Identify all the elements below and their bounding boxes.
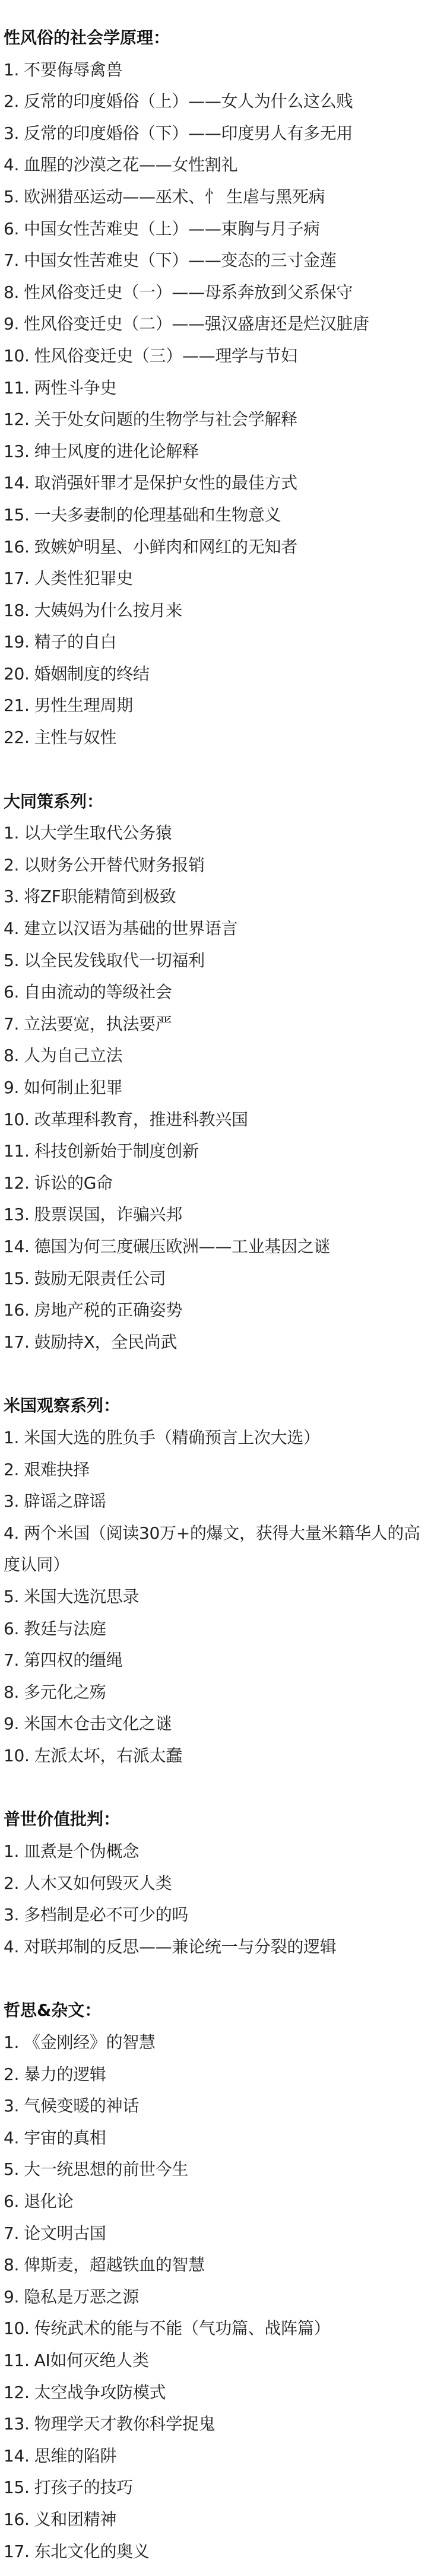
item-title: AI如何灭绝人类 <box>34 2351 149 2370</box>
list-item[interactable]: 19.精子的自白 <box>4 626 427 658</box>
item-number: 15. <box>4 2477 30 2497</box>
item-title: 东北文化的奥义 <box>34 2542 150 2561</box>
item-title: 辟谣之辟谣 <box>24 1491 106 1511</box>
list-item[interactable]: 13.股票误国，诈骗兴邦 <box>4 1199 427 1231</box>
list-item[interactable]: 14.取消强奸罪才是保护女性的最佳方式 <box>4 467 427 499</box>
item-number: 13. <box>4 1205 30 1224</box>
item-number: 7. <box>4 250 19 270</box>
list-item[interactable]: 1.不要侮辱禽兽 <box>4 54 427 86</box>
item-number: 5. <box>4 951 19 970</box>
list-item[interactable]: 10.左派太坏，右派太蠢 <box>4 1740 427 1772</box>
item-title: 如何制止犯罪 <box>24 1078 122 1097</box>
item-title: 大一统思想的前世今生 <box>24 2159 188 2179</box>
item-title: 人木又如何毁灭人类 <box>24 1873 172 1893</box>
item-title: 自由流动的等级社会 <box>24 982 172 1002</box>
list-item[interactable]: 13.物理学天才教你科学捉鬼 <box>4 2408 427 2440</box>
item-title: 股票误国，诈骗兴邦 <box>34 1205 182 1224</box>
list-item[interactable]: 3.反常的印度婚俗（下）——印度男人有多无用 <box>4 117 427 150</box>
item-number: 2. <box>4 2064 19 2084</box>
item-number: 10. <box>4 1110 30 1129</box>
item-title: 科技创新始于制度创新 <box>34 1141 199 1161</box>
list-item[interactable]: 17.人类性犯罪史 <box>4 563 427 595</box>
item-number: 1. <box>4 823 19 843</box>
list-item[interactable]: 9.隐私是万恶之源 <box>4 2281 427 2313</box>
item-number: 6. <box>4 982 19 1002</box>
item-number: 14. <box>4 473 30 493</box>
list-item[interactable]: 3.将ZF职能精简到极致 <box>4 881 427 913</box>
item-number: 16. <box>4 2510 30 2529</box>
item-number: 1. <box>4 60 19 80</box>
list-item[interactable]: 4.血腥的沙漠之花——女性割礼 <box>4 149 427 181</box>
item-title: 一夫多妻制的伦理基础和生物意义 <box>34 505 281 525</box>
item-title: 婚姻制度的终结 <box>34 664 150 684</box>
item-title: 皿煮是个伪概念 <box>24 1841 139 1861</box>
item-title: 左派太坏，右派太蠢 <box>34 1746 182 1765</box>
list-item[interactable]: 6.中国女性苦难史（上）——束胸与月子病 <box>4 213 427 245</box>
item-title: 《金刚经》的智慧 <box>24 2032 156 2052</box>
item-number: 15. <box>4 505 30 525</box>
item-number: 4. <box>4 1937 19 1956</box>
list-item[interactable]: 14.思维的陷阱 <box>4 2440 427 2472</box>
list-item[interactable]: 16.义和团精神 <box>4 2504 427 2536</box>
item-title: 主性与奴性 <box>34 728 117 747</box>
list-item[interactable]: 4.两个米国（阅读30万+的爆文，获得大量米籍华人的高度认同） <box>4 1517 427 1581</box>
item-title: 德国为何三度碾压欧洲——工业基因之谜 <box>34 1237 331 1256</box>
item-number: 9. <box>4 314 19 333</box>
item-number: 18. <box>4 601 30 620</box>
item-title: 以财务公开替代财务报销 <box>24 855 205 875</box>
item-number: 7. <box>4 2224 19 2243</box>
list-item[interactable]: 12.太空战争攻防模式 <box>4 2377 427 2409</box>
item-title: 打孩子的技巧 <box>34 2477 133 2497</box>
list-item[interactable]: 17.东北文化的奥义 <box>4 2536 427 2568</box>
list-item[interactable]: 5.大一统思想的前世今生 <box>4 2153 427 2186</box>
section-title: 性风俗的社会学原理： <box>4 22 427 54</box>
list-item[interactable]: 2.暴力的逻辑 <box>4 2059 427 2091</box>
item-title: 隐私是万恶之源 <box>24 2287 139 2307</box>
item-number: 5. <box>4 2159 19 2179</box>
item-number: 4. <box>4 1523 19 1543</box>
section-0: 性风俗的社会学原理：1.不要侮辱禽兽2.反常的印度婚俗（上）——女人为什么这么贱… <box>4 22 427 754</box>
item-number: 1. <box>4 1428 19 1447</box>
list-item[interactable]: 7.第四权的缰绳 <box>4 1644 427 1676</box>
item-title: 中国女性苦难史（上）——束胸与月子病 <box>24 219 320 239</box>
list-item[interactable]: 15.鼓励无限责任公司 <box>4 1263 427 1295</box>
item-title: 人类性犯罪史 <box>34 568 133 588</box>
article-list-page: 性风俗的社会学原理：1.不要侮辱禽兽2.反常的印度婚俗（上）——女人为什么这么贱… <box>0 0 431 2567</box>
item-number: 7. <box>4 1014 19 1034</box>
item-number: 3. <box>4 2096 19 2116</box>
item-number: 6. <box>4 219 19 239</box>
item-number: 13. <box>4 2414 30 2434</box>
item-number: 4. <box>4 919 19 938</box>
item-number: 8. <box>4 2255 19 2275</box>
item-number: 19. <box>4 632 30 652</box>
item-title: 教廷与法庭 <box>24 1619 106 1638</box>
list-item[interactable]: 9.性风俗变迁史（二）——强汉盛唐还是烂汉脏唐 <box>4 308 427 340</box>
list-item[interactable]: 2.艰难抉择 <box>4 1454 427 1486</box>
item-number: 11. <box>4 1141 30 1161</box>
list-item[interactable]: 2.反常的印度婚俗（上）——女人为什么这么贱 <box>4 85 427 117</box>
item-number: 13. <box>4 441 30 461</box>
item-title: 致嫉妒明星、小鲜肉和网红的无知者 <box>34 537 297 557</box>
item-number: 5. <box>4 187 19 207</box>
item-number: 9. <box>4 1714 19 1733</box>
section-title: 米国观察系列： <box>4 1390 427 1422</box>
list-item[interactable]: 10.改革理科教育，推进科教兴国 <box>4 1104 427 1136</box>
item-title: 立法要宽，执法要严 <box>24 1014 172 1034</box>
item-number: 22. <box>4 728 30 747</box>
section-title: 哲思&杂文： <box>4 1994 427 2027</box>
item-title: 不要侮辱禽兽 <box>24 60 122 80</box>
item-title: 血腥的沙漠之花——女性割礼 <box>24 155 237 174</box>
item-number: 4. <box>4 155 19 174</box>
item-number: 3. <box>4 123 19 143</box>
list-item[interactable]: 2.以财务公开替代财务报销 <box>4 849 427 881</box>
list-item[interactable]: 15.一夫多妻制的伦理基础和生物意义 <box>4 499 427 531</box>
item-title: 论文明古国 <box>24 2224 106 2243</box>
item-title: 多档制是必不可少的吗 <box>24 1905 188 1924</box>
item-title: 米国大选的胜负手（精确预言上次大选） <box>24 1428 320 1447</box>
list-item[interactable]: 7.中国女性苦难史（下）——变态的三寸金莲 <box>4 244 427 277</box>
item-number: 2. <box>4 91 19 111</box>
item-number: 12. <box>4 409 30 429</box>
item-number: 17. <box>4 2542 30 2561</box>
section-title: 大同策系列： <box>4 786 427 818</box>
section-3: 普世价值批判：1.皿煮是个伪概念2.人木又如何毁灭人类3.多档制是必不可少的吗4… <box>4 1803 427 1962</box>
list-item[interactable]: 6.教廷与法庭 <box>4 1613 427 1645</box>
item-title: 暴力的逻辑 <box>24 2064 106 2084</box>
list-item[interactable]: 1.皿煮是个伪概念 <box>4 1835 427 1867</box>
item-title: 米国木仓击文化之谜 <box>24 1714 172 1733</box>
item-title: 绅士风度的进化论解释 <box>34 441 199 461</box>
item-title: 诉讼的G命 <box>34 1173 113 1193</box>
item-number: 2. <box>4 855 19 875</box>
item-title: 思维的陷阱 <box>34 2446 117 2466</box>
item-number: 14. <box>4 2446 30 2466</box>
section-4: 哲思&杂文：1.《金刚经》的智慧2.暴力的逻辑3.气候变暖的神话4.宇宙的真相5… <box>4 1994 427 2567</box>
item-number: 3. <box>4 887 19 906</box>
list-item[interactable]: 1.米国大选的胜负手（精确预言上次大选） <box>4 1422 427 1454</box>
item-number: 7. <box>4 1650 19 1670</box>
item-title: 以大学生取代公务猿 <box>24 823 172 843</box>
item-title: 两性斗争史 <box>34 378 117 398</box>
item-number: 5. <box>4 1587 19 1606</box>
list-item[interactable]: 4.宇宙的真相 <box>4 2122 427 2154</box>
list-item[interactable]: 4.对联邦制的反思——兼论统一与分裂的逻辑 <box>4 1931 427 1963</box>
item-number: 10. <box>4 1746 30 1765</box>
item-title: 退化论 <box>24 2191 73 2211</box>
item-title: 对联邦制的反思——兼论统一与分裂的逻辑 <box>24 1937 336 1956</box>
list-item[interactable]: 4.建立以汉语为基础的世界语言 <box>4 913 427 945</box>
item-title: 性风俗变迁史（二）——强汉盛唐还是烂汉脏唐 <box>24 314 369 333</box>
list-item[interactable]: 6.自由流动的等级社会 <box>4 976 427 1008</box>
list-item[interactable]: 5.以全民发钱取代一切福利 <box>4 945 427 977</box>
item-number: 14. <box>4 1237 30 1256</box>
item-title: 性风俗变迁史（一）——母系奔放到父系保守 <box>24 282 353 302</box>
item-number: 21. <box>4 695 30 715</box>
list-item[interactable]: 5.米国大选沉思录 <box>4 1581 427 1613</box>
item-title: 传统武术的能与不能（气功篇、战阵篇） <box>34 2318 331 2338</box>
item-title: 反常的印度婚俗（下）——印度男人有多无用 <box>24 123 353 143</box>
item-number: 6. <box>4 1619 19 1638</box>
item-title: 精子的自白 <box>34 632 117 652</box>
item-title: 宇宙的真相 <box>24 2128 106 2148</box>
section-1: 大同策系列：1.以大学生取代公务猿2.以财务公开替代财务报销3.将ZF职能精简到… <box>4 786 427 1358</box>
item-number: 3. <box>4 1491 19 1511</box>
list-item[interactable]: 11.AI如何灭绝人类 <box>4 2345 427 2377</box>
list-item[interactable]: 7.立法要宽，执法要严 <box>4 1008 427 1040</box>
list-item[interactable]: 21.男性生理周期 <box>4 690 427 722</box>
item-title: 房地产税的正确姿势 <box>34 1300 182 1320</box>
list-item[interactable]: 10.传统武术的能与不能（气功篇、战阵篇） <box>4 2313 427 2345</box>
item-number: 11. <box>4 378 30 398</box>
item-number: 17. <box>4 1332 30 1352</box>
item-number: 16. <box>4 537 30 557</box>
item-number: 12. <box>4 2383 30 2402</box>
item-title: 建立以汉语为基础的世界语言 <box>24 919 237 938</box>
list-item[interactable]: 1.《金刚经》的智慧 <box>4 2027 427 2059</box>
list-item[interactable]: 11.两性斗争史 <box>4 372 427 404</box>
list-item[interactable]: 12.关于处女问题的生物学与社会学解释 <box>4 404 427 436</box>
list-item[interactable]: 2.人木又如何毁灭人类 <box>4 1867 427 1900</box>
item-title: 义和团精神 <box>34 2510 117 2529</box>
item-title: 欧洲猎巫运动——巫术、忄 生虐与黑死病 <box>24 187 325 207</box>
item-number: 6. <box>4 2191 19 2211</box>
item-number: 8. <box>4 282 19 302</box>
list-item[interactable]: 6.退化论 <box>4 2186 427 2218</box>
item-title: 多元化之殇 <box>24 1682 106 1702</box>
list-item[interactable]: 10.性风俗变迁史（三）——理学与节妇 <box>4 340 427 372</box>
item-title: 人为自己立法 <box>24 1046 122 1065</box>
item-title: 第四权的缰绳 <box>24 1650 122 1670</box>
item-title: 米国大选沉思录 <box>24 1587 139 1606</box>
item-title: 两个米国（阅读30万+的爆文，获得大量米籍华人的高度认同） <box>4 1523 420 1575</box>
item-number: 16. <box>4 1300 30 1320</box>
list-item[interactable]: 18.大姨妈为什么按月来 <box>4 595 427 627</box>
list-item[interactable]: 3.多档制是必不可少的吗 <box>4 1899 427 1931</box>
item-number: 17. <box>4 568 30 588</box>
list-item[interactable]: 9.如何制止犯罪 <box>4 1072 427 1104</box>
item-title: 取消强奸罪才是保护女性的最佳方式 <box>34 473 297 493</box>
item-title: 物理学天才教你科学捉鬼 <box>34 2414 215 2434</box>
item-number: 8. <box>4 1682 19 1702</box>
item-number: 9. <box>4 2287 19 2307</box>
item-title: 将ZF职能精简到极致 <box>24 887 176 906</box>
list-item[interactable]: 1.以大学生取代公务猿 <box>4 817 427 849</box>
item-title: 反常的印度婚俗（上）——女人为什么这么贱 <box>24 91 353 111</box>
item-number: 9. <box>4 1078 19 1097</box>
item-number: 1. <box>4 2032 19 2052</box>
item-number: 3. <box>4 1905 19 1924</box>
item-title: 太空战争攻防模式 <box>34 2383 166 2402</box>
item-number: 20. <box>4 664 30 684</box>
item-number: 2. <box>4 1873 19 1893</box>
item-title: 以全民发钱取代一切福利 <box>24 951 205 970</box>
list-item[interactable]: 22.主性与奴性 <box>4 722 427 754</box>
item-title: 鼓励持X，全民尚武 <box>34 1332 177 1352</box>
list-item[interactable]: 17.鼓励持X，全民尚武 <box>4 1326 427 1358</box>
list-item[interactable]: 3.气候变暖的神话 <box>4 2090 427 2122</box>
list-item[interactable]: 5.欧洲猎巫运动——巫术、忄 生虐与黑死病 <box>4 181 427 213</box>
list-item[interactable]: 13.绅士风度的进化论解释 <box>4 436 427 468</box>
list-item[interactable]: 16.致嫉妒明星、小鲜肉和网红的无知者 <box>4 531 427 563</box>
item-title: 性风俗变迁史（三）——理学与节妇 <box>34 346 297 366</box>
item-title: 大姨妈为什么按月来 <box>34 601 182 620</box>
item-title: 关于处女问题的生物学与社会学解释 <box>34 409 297 429</box>
section-title: 普世价值批判： <box>4 1803 427 1835</box>
list-item[interactable]: 8.俾斯麦，超越铁血的智慧 <box>4 2249 427 2281</box>
list-item[interactable]: 12.诉讼的G命 <box>4 1167 427 1199</box>
section-2: 米国观察系列：1.米国大选的胜负手（精确预言上次大选）2.艰难抉择3.辟谣之辟谣… <box>4 1390 427 1771</box>
item-title: 鼓励无限责任公司 <box>34 1269 166 1288</box>
item-number: 12. <box>4 1173 30 1193</box>
item-number: 1. <box>4 1841 19 1861</box>
item-number: 11. <box>4 2351 30 2370</box>
item-number: 4. <box>4 2128 19 2148</box>
item-title: 男性生理周期 <box>34 695 133 715</box>
item-title: 气候变暖的神话 <box>24 2096 139 2116</box>
list-item[interactable]: 16.房地产税的正确姿势 <box>4 1294 427 1326</box>
list-item[interactable]: 20.婚姻制度的终结 <box>4 658 427 690</box>
list-item[interactable]: 14.德国为何三度碾压欧洲——工业基因之谜 <box>4 1231 427 1263</box>
item-number: 10. <box>4 346 30 366</box>
item-number: 10. <box>4 2318 30 2338</box>
list-item[interactable]: 11.科技创新始于制度创新 <box>4 1135 427 1167</box>
item-title: 改革理科教育，推进科教兴国 <box>34 1110 248 1129</box>
item-title: 艰难抉择 <box>24 1460 90 1479</box>
item-number: 8. <box>4 1046 19 1065</box>
list-item[interactable]: 15.打孩子的技巧 <box>4 2472 427 2504</box>
list-item[interactable]: 8.人为自己立法 <box>4 1040 427 1072</box>
item-title: 俾斯麦，超越铁血的智慧 <box>24 2255 205 2275</box>
item-number: 15. <box>4 1269 30 1288</box>
list-item[interactable]: 9.米国木仓击文化之谜 <box>4 1708 427 1740</box>
list-item[interactable]: 3.辟谣之辟谣 <box>4 1485 427 1517</box>
item-number: 2. <box>4 1460 19 1479</box>
list-item[interactable]: 8.性风俗变迁史（一）——母系奔放到父系保守 <box>4 277 427 309</box>
item-title: 中国女性苦难史（下）——变态的三寸金莲 <box>24 250 336 270</box>
list-item[interactable]: 7.论文明古国 <box>4 2218 427 2250</box>
list-item[interactable]: 8.多元化之殇 <box>4 1676 427 1708</box>
